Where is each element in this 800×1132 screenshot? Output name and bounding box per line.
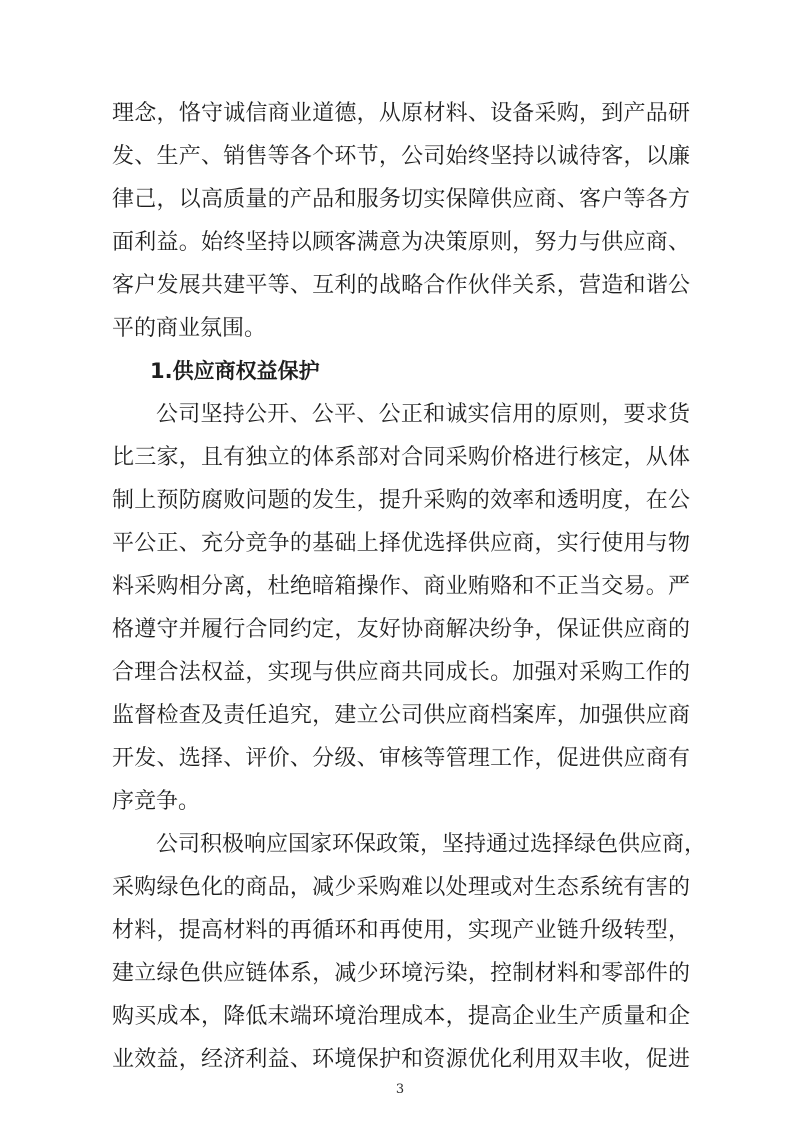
text-line: 料采购相分离，杜绝暗箱操作、商业贿赂和不正当交易。严 (112, 565, 690, 608)
section-heading: 1.供应商权益保护 (112, 350, 690, 393)
text-line: 发、生产、销售等各个环节，公司始终坚持以诚待客，以廉 (112, 135, 690, 178)
text-line: 平的商业氛围。 (112, 307, 690, 350)
text-line: 建立绿色供应链体系，减少环境污染，控制材料和零部件的 (112, 952, 690, 995)
text-line: 制上预防腐败问题的发生，提升采购的效率和透明度，在公 (112, 479, 690, 522)
text-line: 业效益，经济利益、环境保护和资源优化利用双丰收，促进 (112, 1038, 690, 1081)
text-line: 理念，恪守诚信商业道德，从原材料、设备采购，到产品研 (112, 92, 690, 135)
text-line: 开发、选择、评价、分级、审核等管理工作，促进供应商有 (112, 737, 690, 780)
page-number: 3 (0, 1082, 800, 1097)
text-line: 公司积极响应国家环保政策，坚持通过选择绿色供应商， (112, 823, 690, 866)
document-content: 理念，恪守诚信商业道德，从原材料、设备采购，到产品研 发、生产、销售等各个环节，… (112, 92, 690, 1081)
text-line: 购买成本，降低末端环境治理成本，提高企业生产质量和企 (112, 995, 690, 1038)
text-line: 律己，以高质量的产品和服务切实保障供应商、客户等各方 (112, 178, 690, 221)
text-line: 合理合法权益，实现与供应商共同成长。加强对采购工作的 (112, 651, 690, 694)
text-line: 格遵守并履行合同约定，友好协商解决纷争，保证供应商的 (112, 608, 690, 651)
paragraph-procurement-integrity: 公司坚持公开、公平、公正和诚实信用的原则，要求货 比三家，且有独立的体系部对合同… (112, 393, 690, 823)
paragraph-green-supply-chain: 公司积极响应国家环保政策，坚持通过选择绿色供应商， 采购绿色化的商品，减少采购难… (112, 823, 690, 1081)
text-line: 面利益。始终坚持以顾客满意为决策原则，努力与供应商、 (112, 221, 690, 264)
paragraph-continuation: 理念，恪守诚信商业道德，从原材料、设备采购，到产品研 发、生产、销售等各个环节，… (112, 92, 690, 350)
text-line: 监督检查及责任追究，建立公司供应商档案库，加强供应商 (112, 694, 690, 737)
section-supplier-rights: 1.供应商权益保护 (112, 350, 690, 393)
text-line: 序竞争。 (112, 780, 690, 823)
text-line: 客户发展共建平等、互利的战略合作伙伴关系，营造和谐公 (112, 264, 690, 307)
text-line: 比三家，且有独立的体系部对合同采购价格进行核定，从体 (112, 436, 690, 479)
text-line: 采购绿色化的商品，减少采购难以处理或对生态系统有害的 (112, 866, 690, 909)
text-line: 公司坚持公开、公平、公正和诚实信用的原则，要求货 (112, 393, 690, 436)
text-line: 材料，提高材料的再循环和再使用，实现产业链升级转型， (112, 909, 690, 952)
document-page: 理念，恪守诚信商业道德，从原材料、设备采购，到产品研 发、生产、销售等各个环节，… (0, 0, 800, 1132)
text-line: 平公正、充分竞争的基础上择优选择供应商，实行使用与物 (112, 522, 690, 565)
